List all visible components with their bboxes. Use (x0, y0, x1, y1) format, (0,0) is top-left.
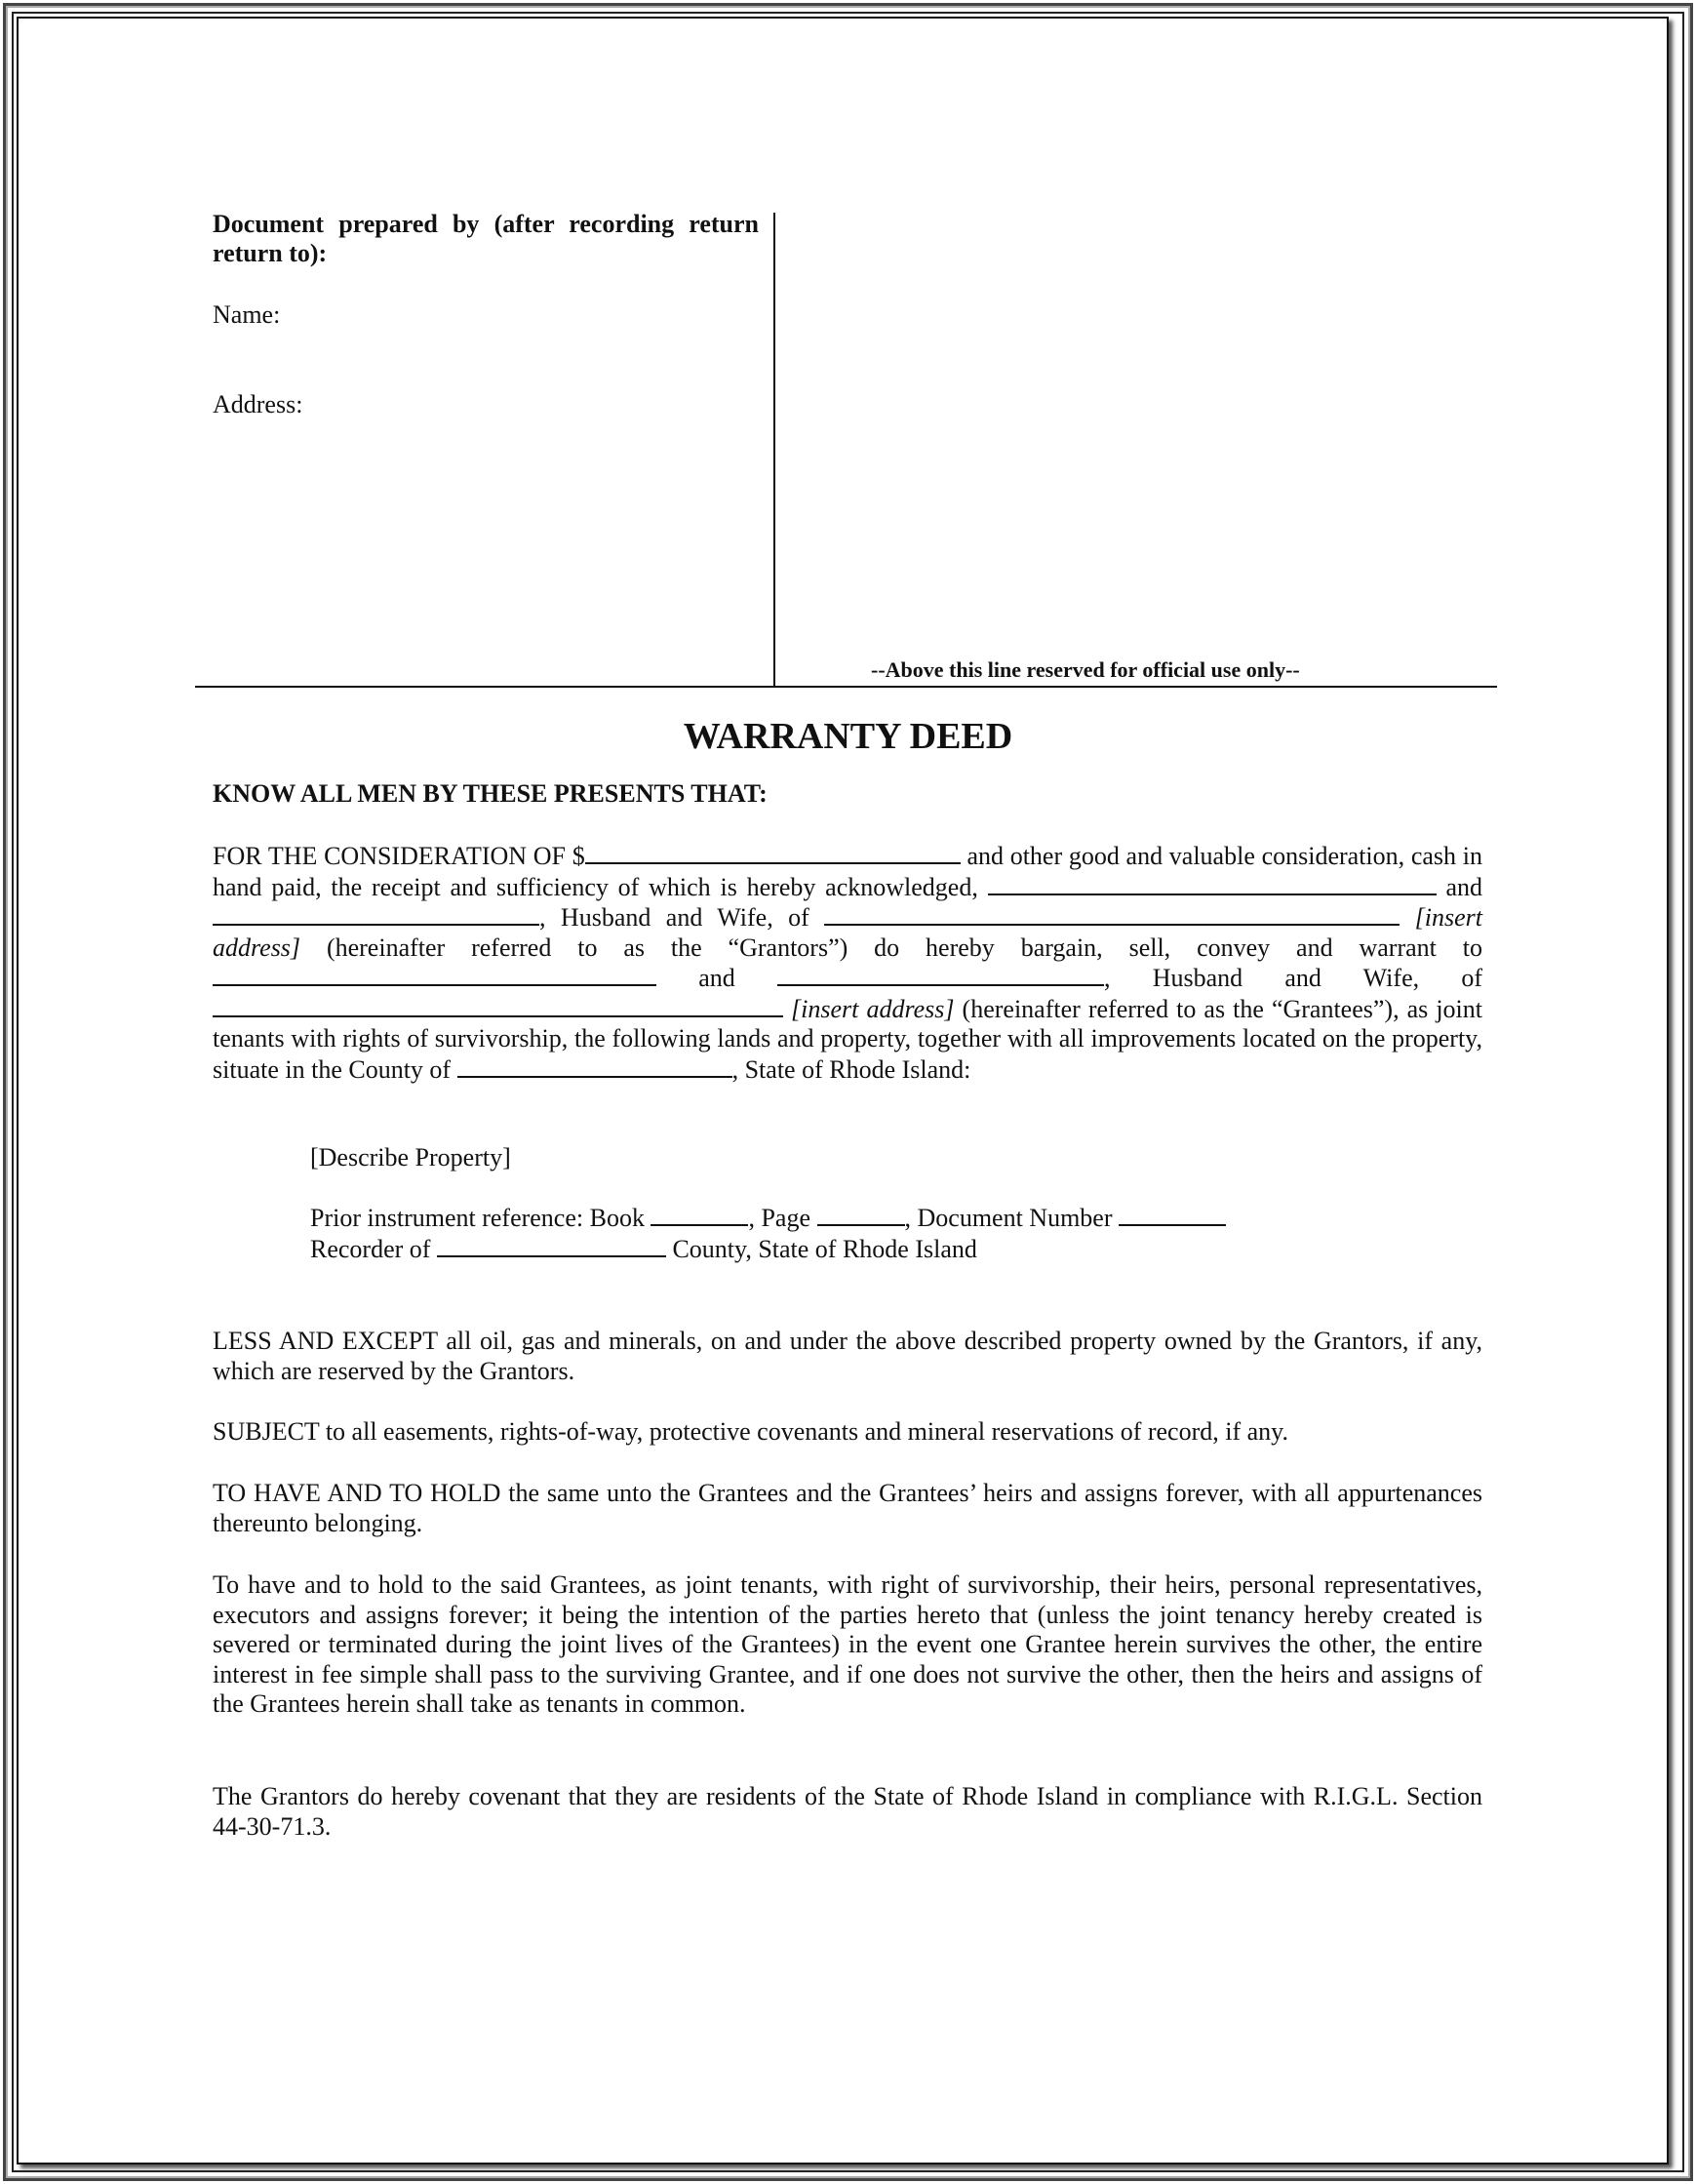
reserved-notice: --Above this line reserved for official … (871, 657, 1300, 683)
document-number-field[interactable] (1119, 1203, 1226, 1226)
subject-to-clause: SUBJECT to all easements, rights-of-way,… (213, 1417, 1482, 1448)
grantor-1-field[interactable] (988, 872, 1437, 895)
recording-line (195, 686, 1497, 688)
less-and-except-clause: LESS AND EXCEPT all oil, gas and mineral… (213, 1327, 1482, 1386)
prepared-by-line2: return to): (213, 239, 327, 268)
grantor-address-field[interactable] (824, 902, 1400, 926)
preamble: KNOW ALL MEN BY THESE PRESENTS THAT: (213, 779, 768, 809)
joint-tenancy-clause: To have and to hold to the said Grantees… (213, 1570, 1482, 1720)
county-field[interactable] (457, 1054, 732, 1078)
page-field[interactable] (817, 1203, 905, 1226)
address-label: Address: (213, 390, 302, 419)
grantee-1-field[interactable] (213, 963, 656, 986)
prepared-by-label: Document prepared by (after recording re… (213, 209, 759, 239)
grantee-address-field[interactable] (213, 994, 783, 1017)
book-field[interactable] (651, 1203, 748, 1226)
residency-covenant: The Grantors do hereby covenant that the… (213, 1782, 1482, 1842)
consideration-amount-field[interactable] (585, 841, 961, 864)
grantor-2-field[interactable] (213, 902, 539, 926)
prior-instrument-reference: Prior instrument reference: Book , Page … (310, 1203, 1226, 1264)
document-title: WARRANTY DEED (0, 715, 1696, 758)
grantee-2-field[interactable] (777, 963, 1104, 986)
document-page (17, 17, 1669, 2164)
consideration-paragraph: FOR THE CONSIDERATION OF $ and other goo… (213, 841, 1482, 1085)
name-label: Name: (213, 300, 280, 330)
vertical-divider (773, 213, 775, 688)
describe-property: [Describe Property] (310, 1143, 511, 1173)
habendum-clause: TO HAVE AND TO HOLD the same unto the Gr… (213, 1479, 1482, 1538)
recorder-county-field[interactable] (437, 1234, 666, 1257)
